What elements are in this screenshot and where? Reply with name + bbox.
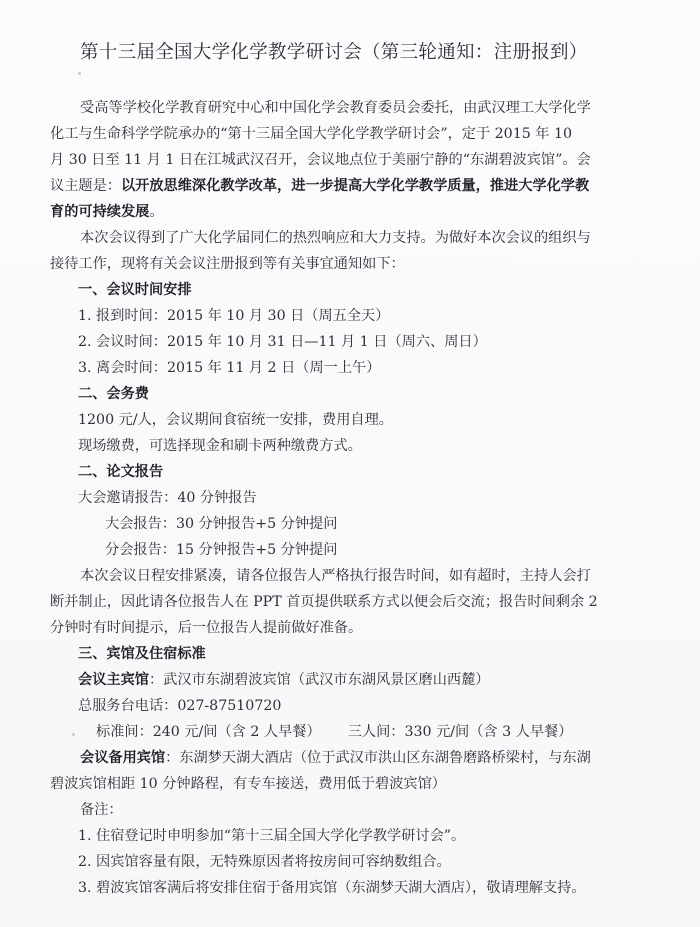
- report-para-line-3: 分钟时有时间提示，后一位报告人提前做好准备。: [50, 618, 362, 638]
- para2-line-2: 接待工作，现将有关会议注册报到等有关事宜通知如下：: [50, 254, 405, 274]
- note-item-2: 2. 因宾馆容量有限，无特殊原因者将按房间可容纳数组合。: [78, 852, 451, 872]
- main-hotel-value: ：武汉市东湖碧波宾馆（武汉市东湖风景区磨山西麓）: [149, 672, 490, 688]
- theme-text: 以开放思维深化教学改革，进一步提高大学化学教学质量，推进大学化学教: [121, 178, 589, 194]
- backup-hotel-label: 会议备用宾馆: [80, 750, 165, 766]
- period: 。: [149, 204, 163, 220]
- section-heading-schedule: 一、会议时间安排: [78, 280, 192, 300]
- note-item-1: 1. 住宿登记时申明参加“第十三届全国大学化学教学研讨会”。: [78, 826, 465, 846]
- intro-line-3: 月 30 日至 11 月 1 日在江城武汉召开，会议地点位于美丽宁静的“东湖碧波…: [50, 150, 591, 170]
- fee-line-2: 现场缴费，可选择现金和刷卡两种缴费方式。: [78, 436, 362, 456]
- schedule-item-3: 3. 离会时间：2015 年 11 月 2 日（周一上午）: [78, 358, 380, 378]
- scan-speck: [72, 733, 75, 736]
- main-hotel-label: 会议主宾馆: [78, 672, 149, 688]
- backup-hotel-line-2: 碧波宾馆相距 10 分钟路程，有专车接送，费用低于碧波宾馆）: [50, 774, 446, 794]
- main-hotel-line: 会议主宾馆：武汉市东湖碧波宾馆（武汉市东湖风景区磨山西麓）: [78, 670, 489, 690]
- phone-line: 总服务台电话：027-87510720: [78, 696, 281, 716]
- notes-label: 备注：: [80, 800, 123, 820]
- para2-line-1: 本次会议得到了广大化学届同仁的热烈响应和大力支持。为做好本次会议的组织与: [80, 228, 591, 248]
- report-line-1: 大会邀请报告：40 分钟报告: [78, 488, 257, 508]
- intro-line-1: 受高等学校化学教育研究中心和中国化学会教育委员会委托，由武汉理工大学化学: [80, 98, 591, 118]
- fee-line-1: 1200 元/人，会议期间食宿统一安排，费用自理。: [78, 410, 393, 430]
- report-para-line-1: 本次会议日程安排紧凑，请各位报告人严格执行报告时间，如有超时，主持人会打: [80, 566, 591, 586]
- backup-hotel-value: ：东湖梦天湖大酒店（位于武汉市洪山区东湖鲁磨路桥梁村，与东湖: [165, 750, 591, 766]
- report-line-3: 分会报告：15 分钟报告+5 分钟提问: [105, 540, 337, 560]
- room-rates-line: 标准间：240 元/间（含 2 人早餐） 三人间：330 元/间（含 3 人早餐…: [96, 722, 572, 742]
- scan-speck: [78, 72, 81, 75]
- section-heading-hotels: 三、宾馆及住宿标准: [78, 644, 206, 664]
- section-heading-fees: 二、会务费: [78, 384, 149, 404]
- report-para-line-2: 断并制止，因此请各位报告人在 PPT 首页提供联系方式以便会后交流；报告时间剩余…: [50, 592, 598, 612]
- intro-line-4: 议主题是：以开放思维深化教学改革，进一步提高大学化学教学质量，推进大学化学教: [50, 176, 589, 196]
- scanned-document-page: 第十三届全国大学化学教学研讨会（第三轮通知：注册报到） 受高等学校化学教育研究中…: [0, 0, 700, 927]
- theme-label: 议主题是：: [50, 178, 121, 194]
- schedule-item-1: 1. 报到时间：2015 年 10 月 30 日（周五全天）: [78, 306, 389, 326]
- section-heading-reports: 二、论文报告: [78, 462, 163, 482]
- schedule-item-2: 2. 会议时间：2015 年 10 月 31 日—11 月 1 日（周六、周日）: [78, 332, 487, 352]
- intro-line-2: 化工与生命科学学院承办的“第十三届全国大学化学教学研讨会”，定于 2015 年 …: [50, 124, 572, 144]
- note-item-3: 3. 碧波宾馆客满后将安排住宿于备用宾馆（东湖梦天湖大酒店），敬请理解支持。: [78, 878, 586, 898]
- backup-hotel-line-1: 会议备用宾馆：东湖梦天湖大酒店（位于武汉市洪山区东湖鲁磨路桥梁村，与东湖: [80, 748, 591, 768]
- report-line-2: 大会报告：30 分钟报告+5 分钟提问: [105, 514, 337, 534]
- document-title: 第十三届全国大学化学教学研讨会（第三轮通知：注册报到）: [80, 38, 588, 64]
- theme-text-end: 育的可持续发展: [50, 204, 149, 220]
- intro-line-5: 育的可持续发展。: [50, 202, 164, 222]
